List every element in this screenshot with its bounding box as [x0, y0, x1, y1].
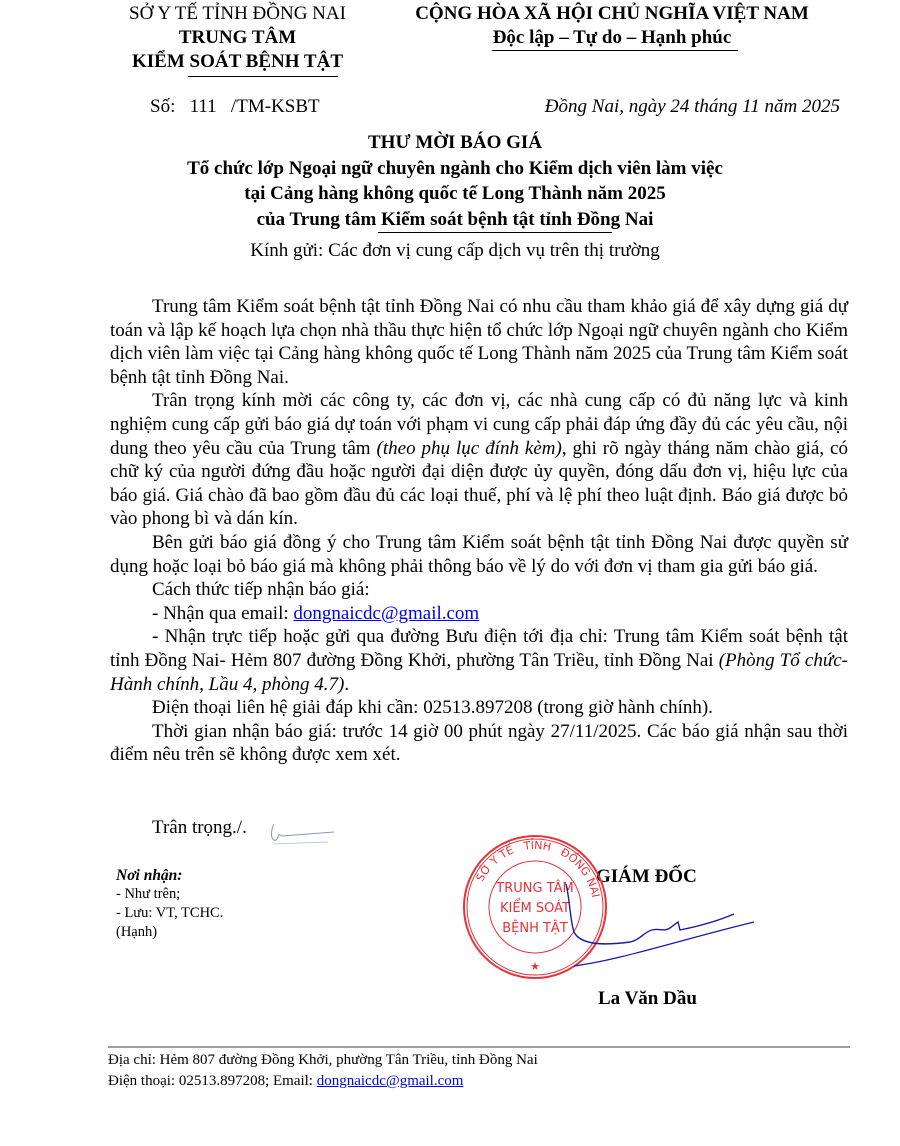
country-name: CỘNG HÒA XÃ HỘI CHỦ NGHĨA VIỆT NAM: [372, 2, 852, 26]
paragraph-methods-heading: Cách thức tiếp nhận báo giá:: [110, 578, 848, 602]
paragraph-rights: Bên gửi báo giá đồng ý cho Trung tâm Kiể…: [110, 531, 848, 578]
letter-body: Trung tâm Kiểm soát bệnh tật tỉnh Đồng N…: [110, 295, 848, 767]
paragraph-invitation: Trân trọng kính mời các công ty, các đơn…: [110, 389, 848, 531]
email-link[interactable]: dongnaicdc@gmail.com: [293, 603, 479, 624]
place-date: Đồng Nai, ngày 24 tháng 11 năm 2025: [470, 96, 840, 118]
subject-line3: của Trung tâm Kiểm soát bệnh tật tỉnh Đồ…: [150, 207, 760, 233]
signer-name: La Văn Dầu: [598, 988, 697, 1010]
unit-name-line2: KIỂM SOÁT BỆNH TẬT: [100, 50, 375, 74]
footer-address: Địa chỉ: Hẻm 807 đường Đồng Khởi, phường…: [108, 1050, 538, 1071]
paragraph-phone: Điện thoại liên hệ giải đáp khi cần: 025…: [110, 696, 848, 720]
svg-text:★: ★: [530, 961, 540, 973]
recipient-item: - Lưu: VT, TCHC.: [116, 904, 223, 923]
motto-underline: [492, 50, 738, 51]
footer-email-link[interactable]: dongnaicdc@gmail.com: [317, 1073, 464, 1089]
footer-divider: [108, 1046, 850, 1048]
issuing-agency-block: SỞ Y TẾ TỈNH ĐỒNG NAI TRUNG TÂM KIỂM SOÁ…: [100, 2, 375, 74]
recipient-item: (Hạnh): [116, 923, 223, 942]
footer-contact: Địa chỉ: Hẻm 807 đường Đồng Khởi, phường…: [108, 1050, 538, 1092]
unit-name-line1: TRUNG TÂM: [100, 26, 375, 50]
footer-phone-email: Điện thoại: 02513.897208; Email: dongnai…: [108, 1071, 538, 1092]
appendix-note: (theo phụ lục đính kèm): [377, 438, 562, 459]
paragraph-email-method: - Nhận qua email: dongnaicdc@gmail.com: [110, 602, 848, 626]
recipients-block: Nơi nhận: - Như trên; - Lưu: VT, TCHC. (…: [116, 866, 223, 942]
initials-signature-icon: [268, 820, 338, 850]
closing: Trân trọng./.: [152, 817, 247, 839]
agency-underline: [188, 76, 338, 77]
recipients-heading: Nơi nhận:: [116, 866, 223, 885]
director-signature-icon: [560, 880, 760, 980]
title-underline: [378, 232, 612, 233]
document-title-block: THƯ MỜI BÁO GIÁ Tổ chức lớp Ngoại ngữ ch…: [150, 130, 760, 232]
svg-text:BỆNH TẬT: BỆNH TẬT: [502, 920, 568, 936]
subject-line2: tại Cảng hàng không quốc tế Long Thành n…: [150, 181, 760, 207]
paragraph-intro: Trung tâm Kiểm soát bệnh tật tỉnh Đồng N…: [110, 295, 848, 389]
paragraph-deadline: Thời gian nhận báo giá: trước 14 giờ 00 …: [110, 720, 848, 767]
national-heading-block: CỘNG HÒA XÃ HỘI CHỦ NGHĨA VIỆT NAM Độc l…: [372, 2, 852, 50]
document-number: Số: 111 /TM-KSBT: [150, 96, 320, 118]
recipient-item: - Như trên;: [116, 885, 223, 904]
paragraph-post-method: - Nhận trực tiếp hoặc gửi qua đường Bưu …: [110, 625, 848, 696]
document-title: THƯ MỜI BÁO GIÁ: [150, 130, 760, 156]
addressee: Kính gửi: Các đơn vị cung cấp dịch vụ tr…: [150, 240, 760, 262]
national-motto: Độc lập – Tự do – Hạnh phúc: [372, 26, 852, 50]
ministry-name: SỞ Y TẾ TỈNH ĐỒNG NAI: [100, 2, 375, 26]
svg-text:TỈNH: TỈNH: [522, 838, 552, 854]
subject-line1: Tổ chức lớp Ngoại ngữ chuyên ngành cho K…: [150, 156, 760, 182]
